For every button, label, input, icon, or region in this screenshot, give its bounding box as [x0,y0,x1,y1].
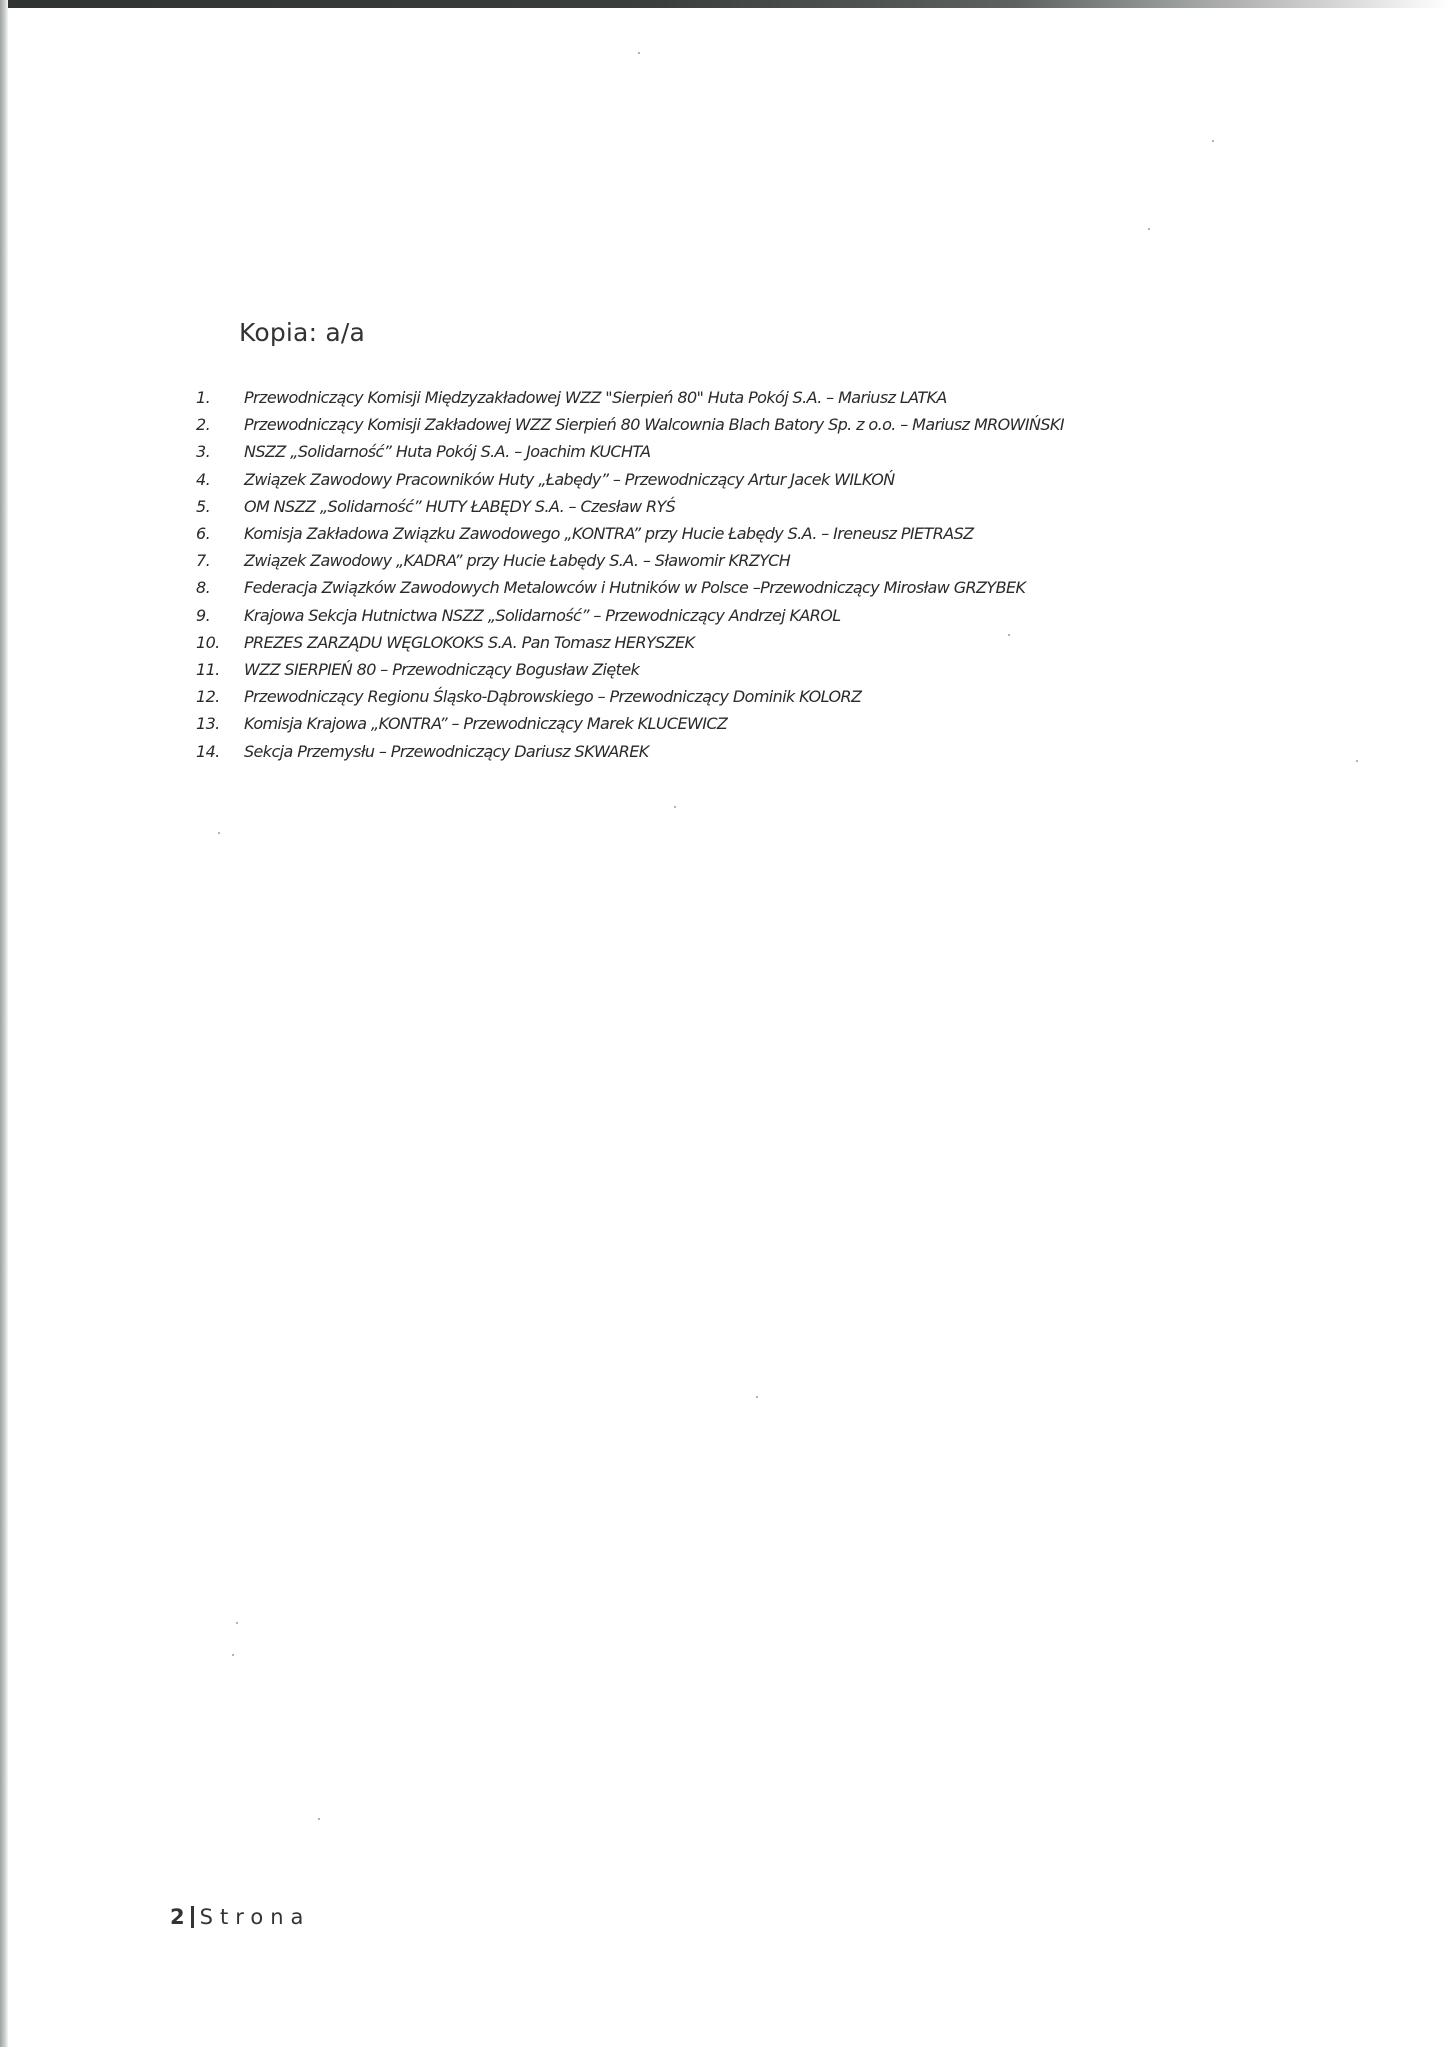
list-item: 5.OM NSZZ „Solidarność” HUTY ŁABĘDY S.A.… [196,493,1064,520]
item-text: Komisja Krajowa „KONTRA” – Przewodnicząc… [244,714,727,733]
list-item: 6.Komisja Zakładowa Związku Zawodowego „… [196,520,1064,547]
scan-speck [318,1818,320,1820]
list-item: 8.Federacja Związków Zawodowych Metalowc… [196,574,1064,601]
item-text: Sekcja Przemysłu – Przewodniczący Darius… [244,742,649,761]
item-text: Komisja Zakładowa Związku Zawodowego „KO… [244,524,974,543]
item-text: Związek Zawodowy Pracowników Huty „Łabęd… [244,470,895,489]
scan-speck [674,806,676,808]
scan-speck [1212,140,1214,142]
scan-speck [1008,634,1010,636]
list-item: 9.Krajowa Sekcja Hutnictwa NSZZ „Solidar… [196,602,1064,629]
item-number: 3. [196,442,244,461]
scan-speck [232,1654,234,1656]
item-number: 10. [196,633,244,652]
item-text: NSZZ „Solidarność” Huta Pokój S.A. – Joa… [244,442,650,461]
item-number: 13. [196,714,244,733]
scan-speck [218,832,220,834]
list-item: 4.Związek Zawodowy Pracowników Huty „Łab… [196,466,1064,493]
recipient-list: 1.Przewodniczący Komisji Międzyzakładowe… [196,384,1064,765]
item-number: 12. [196,687,244,706]
list-item: 2.Przewodniczący Komisji Zakładowej WZZ … [196,411,1064,438]
page-label: Strona [200,1905,311,1929]
list-item: 1.Przewodniczący Komisji Międzyzakładowe… [196,384,1064,411]
item-text: Związek Zawodowy „KADRA” przy Hucie Łabę… [244,551,790,570]
item-text: Przewodniczący Regionu Śląsko-Dąbrowskie… [244,687,861,706]
item-number: 7. [196,551,244,570]
item-number: 5. [196,497,244,516]
item-text: OM NSZZ „Solidarność” HUTY ŁABĘDY S.A. –… [244,497,675,516]
copy-heading: Kopia: a/a [239,318,365,347]
item-text: WZZ SIERPIEŃ 80 – Przewodniczący Bogusła… [244,660,639,679]
page-footer: 2 Strona [170,1905,310,1929]
item-number: 4. [196,470,244,489]
list-item: 3.NSZZ „Solidarność” Huta Pokój S.A. – J… [196,438,1064,465]
item-text: Federacja Związków Zawodowych Metalowców… [244,578,1025,597]
item-text: Przewodniczący Komisji Międzyzakładowej … [244,388,947,407]
item-number: 1. [196,388,244,407]
scan-speck [756,1396,758,1398]
item-number: 2. [196,415,244,434]
item-text: Krajowa Sekcja Hutnictwa NSZZ „Solidarno… [244,606,841,625]
footer-separator [191,1906,194,1928]
list-item: 14.Sekcja Przemysłu – Przewodniczący Dar… [196,737,1064,764]
scan-speck [1356,760,1358,762]
item-text: PREZES ZARZĄDU WĘGLOKOKS S.A. Pan Tomasz… [244,633,694,652]
item-number: 14. [196,742,244,761]
scan-speck [638,52,640,54]
item-number: 8. [196,578,244,597]
list-item: 13.Komisja Krajowa „KONTRA” – Przewodnic… [196,710,1064,737]
item-number: 11. [196,660,244,679]
scan-speck [1148,228,1150,230]
document-page: Kopia: a/a 1.Przewodniczący Komisji Międ… [0,0,1449,2047]
list-item: 11.WZZ SIERPIEŃ 80 – Przewodniczący Bogu… [196,656,1064,683]
item-text: Przewodniczący Komisji Zakładowej WZZ Si… [244,415,1064,434]
page-number: 2 [170,1905,185,1929]
scan-speck [236,1622,238,1624]
list-item: 12.Przewodniczący Regionu Śląsko-Dąbrows… [196,683,1064,710]
list-item: 7.Związek Zawodowy „KADRA” przy Hucie Ła… [196,547,1064,574]
list-item: 10.PREZES ZARZĄDU WĘGLOKOKS S.A. Pan Tom… [196,629,1064,656]
item-number: 6. [196,524,244,543]
item-number: 9. [196,606,244,625]
